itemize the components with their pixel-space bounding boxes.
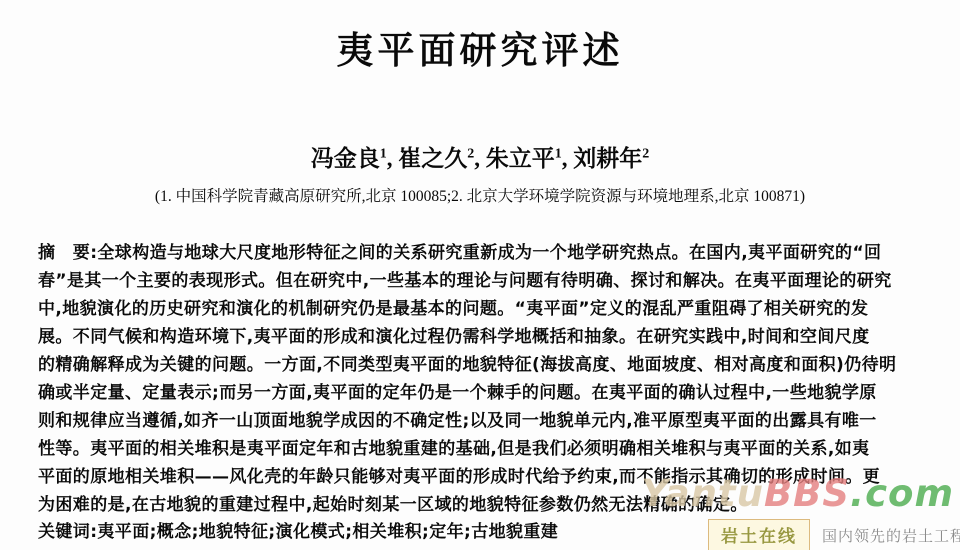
abstract-line: 性等。夷平面的相关堆积是夷平面定年和古地貌重建的基础,但是我们必须明确相关堆积与… (38, 435, 928, 463)
keywords-text: 夷平面;概念;地貌特征;演化模式;相关堆积;定年;古地貌重建 (97, 522, 558, 542)
affiliation-line: (1. 中国科学院青藏高原研究所,北京 100085;2. 北京大学环境学院资源… (0, 184, 960, 206)
footer-badge: 岩土在线 (708, 519, 810, 550)
abstract-line: 展。不同气候和构造环境下,夷平面的形成和演化过程仍需科学地概括和抽象。在研究实践… (38, 323, 928, 351)
abstract-line: 平面的原地相关堆积——风化壳的年龄只能够对夷平面的形成时代给予约束,而不能指示其… (38, 463, 928, 491)
author-superscript: 2 (642, 146, 649, 161)
keywords-label: 关键词: (38, 522, 97, 542)
footer-bar: 岩土在线 国内领先的岩土工程技术社区 (708, 519, 960, 550)
abstract-line: 确或半定量、定量表示;而另一方面,夷平面的定年仍是一个棘手的问题。在夷平面的确认… (38, 379, 928, 407)
abstract-line: 春”是其一个主要的表现形式。但在研究中,一些基本的理论与问题有待明确、探讨和解决… (38, 267, 928, 295)
page-title: 夷平面研究评述 (0, 20, 960, 74)
abstract-line: 的精确解释成为关键的问题。一方面,不同类型夷平面的地貌特征(海拔高度、地面坡度、… (38, 351, 928, 379)
abstract-line: 中,地貌演化的历史研究和演化的机制研究仍是最基本的问题。“夷平面”定义的混乱严重… (38, 295, 928, 323)
abstract-line: 为困难的是,在古地貌的重建过程中,起始时刻某一区域的地貌特征参数仍然无法精确的确… (38, 491, 928, 519)
abstract-line: 则和规律应当遵循,如齐一山顶面地貌学成因的不确定性;以及同一地貌单元内,准平原型… (38, 407, 928, 435)
author-name: 朱立平 (486, 146, 555, 171)
author-superscript: 1 (555, 146, 562, 161)
author-separator: , (474, 146, 486, 171)
author-name: 刘耕年 (573, 146, 642, 171)
keywords-line: 关键词:夷平面;概念;地貌特征;演化模式;相关堆积;定年;古地貌重建 (38, 518, 558, 546)
document-page: { "title": "夷平面研究评述", "authors": [ { "na… (0, 0, 960, 550)
author-name: 冯金良 (311, 146, 380, 171)
author-name: 崔之久 (398, 146, 467, 171)
abstract-paragraph: 摘 要:全球构造与地球大尺度地形特征之间的关系研究重新成为一个地学研究热点。在国… (38, 239, 928, 519)
footer-tagline: 国内领先的岩土工程技术社区 (822, 525, 960, 546)
abstract-line: 摘 要:全球构造与地球大尺度地形特征之间的关系研究重新成为一个地学研究热点。在国… (38, 239, 928, 267)
author-superscript: 1 (380, 146, 387, 161)
authors-line: 冯金良1, 崔之久2, 朱立平1, 刘耕年2 (0, 140, 960, 173)
author-separator: , (387, 146, 393, 171)
author-separator: , (562, 146, 574, 171)
